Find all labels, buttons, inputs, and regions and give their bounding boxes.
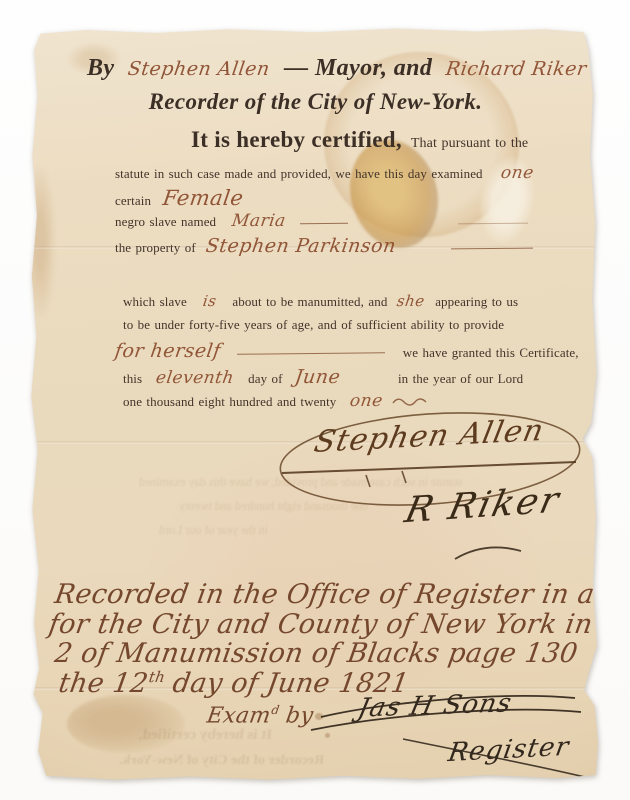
document: statute in such case made and provided, … [0,0,630,800]
year-line: one thousand eight hundred and twenty on… [123,391,429,411]
left-edge-stain [25,167,55,317]
examiner-signature: Jas H Sons [355,688,515,723]
named-line: negro slave named Maria [115,211,528,231]
ink-dash [458,223,528,226]
day-of-label: day of [248,371,282,387]
mayor-title-label: — Mayor, and [284,55,432,82]
examined-by-line: Examd by [205,703,315,728]
age-text: to be under forty-five years of age, and… [123,317,504,333]
age-line: to be under forty-five years of age, and… [123,317,504,333]
year-text: one thousand eight hundred and twenty [123,394,336,410]
owner-name-handwritten: Stephen Parkinson [204,235,397,257]
about-label: about to be manumitted, and [232,294,387,310]
recording-line-4: the 12th day of June 1821 [57,668,412,699]
certified-line: It is hereby certified, That pursuant to… [191,127,528,153]
examined-by-label: Exam [205,703,273,728]
certificate-paper: statute in such case made and provided, … [29,27,602,781]
this-label: this [123,371,142,387]
show-through-text: in the year of our Lord [158,523,269,538]
statute-text: statute in such case made and provided, … [115,166,483,182]
named-label: negro slave named [115,214,216,230]
property-label: the property of [115,240,196,256]
show-through-text: one thousand eight hundred and twenty [178,499,369,514]
signature-underline-flourish [451,539,525,567]
ink-dash [300,223,348,226]
recording-line-1: Recorded in the Office of Register in an… [53,579,630,610]
slave-name-handwritten: Maria [231,211,288,231]
ordinal-superscript: th [148,668,167,686]
examined-by-word: by [284,703,315,728]
photo-background: statute in such case made and provided, … [0,0,630,800]
gender-handwritten: Female [161,186,245,210]
month-handwritten: June [293,366,341,388]
by-label: By [87,55,114,82]
statute-line: statute in such case made and provided, … [115,163,533,183]
certain-label: certain [115,193,151,209]
date-line: this eleventh day of June in the year of… [123,366,523,388]
register-label: Register [446,732,571,768]
year-of-lord-label: in the year of our Lord [398,371,523,387]
provide-line: for herself we have granted this Certifi… [115,340,579,362]
bottom-left-stain [67,695,185,753]
mayor-name-handwritten: Stephen Allen [127,58,272,80]
which-slave-label: which slave [123,294,187,310]
appearing-label: appearing to us [435,294,518,310]
ink-speck [325,733,330,738]
title-line: Recorder of the City of New-York. [29,89,602,115]
recorder-name-handwritten: Richard Riker [445,58,589,80]
ink-rule [237,352,385,356]
examined-superscript: d [270,703,280,717]
show-through-text: Recorder of the City of New-York. [118,753,325,769]
pronoun-handwritten: she [396,292,426,310]
examined-count-handwritten: one [499,163,535,183]
recording-line-3: 2 of Manumission of Blacks page 130 [53,638,580,669]
is-handwritten: is [202,292,218,310]
provide-for-handwritten: for herself [113,340,222,362]
header-line: By Stephen Allen — Mayor, and Richard Ri… [87,55,620,82]
trailing-dash: — [599,58,622,80]
recording-line-2: for the City and County of New York in L… [47,609,630,640]
ink-speck [315,713,323,720]
certified-continuation: That pursuant to the [411,136,528,152]
recorder-signature: R Riker [401,480,564,531]
show-through-text: It is hereby certified, [138,727,273,744]
certain-line: certain Female [115,186,244,210]
which-slave-line: which slave is about to be manumitted, a… [123,292,518,310]
property-line: the property of Stephen Parkinson [115,235,533,257]
certified-lead: It is hereby certified, [191,127,402,153]
recording-line-4-text: the 12 [57,668,151,699]
ink-squiggle [391,395,429,407]
day-handwritten: eleventh [155,368,236,388]
year-fill-handwritten: one [349,391,385,411]
document-title: Recorder of the City of New-York. [149,89,483,115]
ink-dash [451,248,533,251]
granted-label: we have granted this Certificate, [403,345,579,361]
mayor-signature: Stephen Allen [311,413,547,460]
show-through-text: statute in such case made and provided, … [138,475,463,490]
